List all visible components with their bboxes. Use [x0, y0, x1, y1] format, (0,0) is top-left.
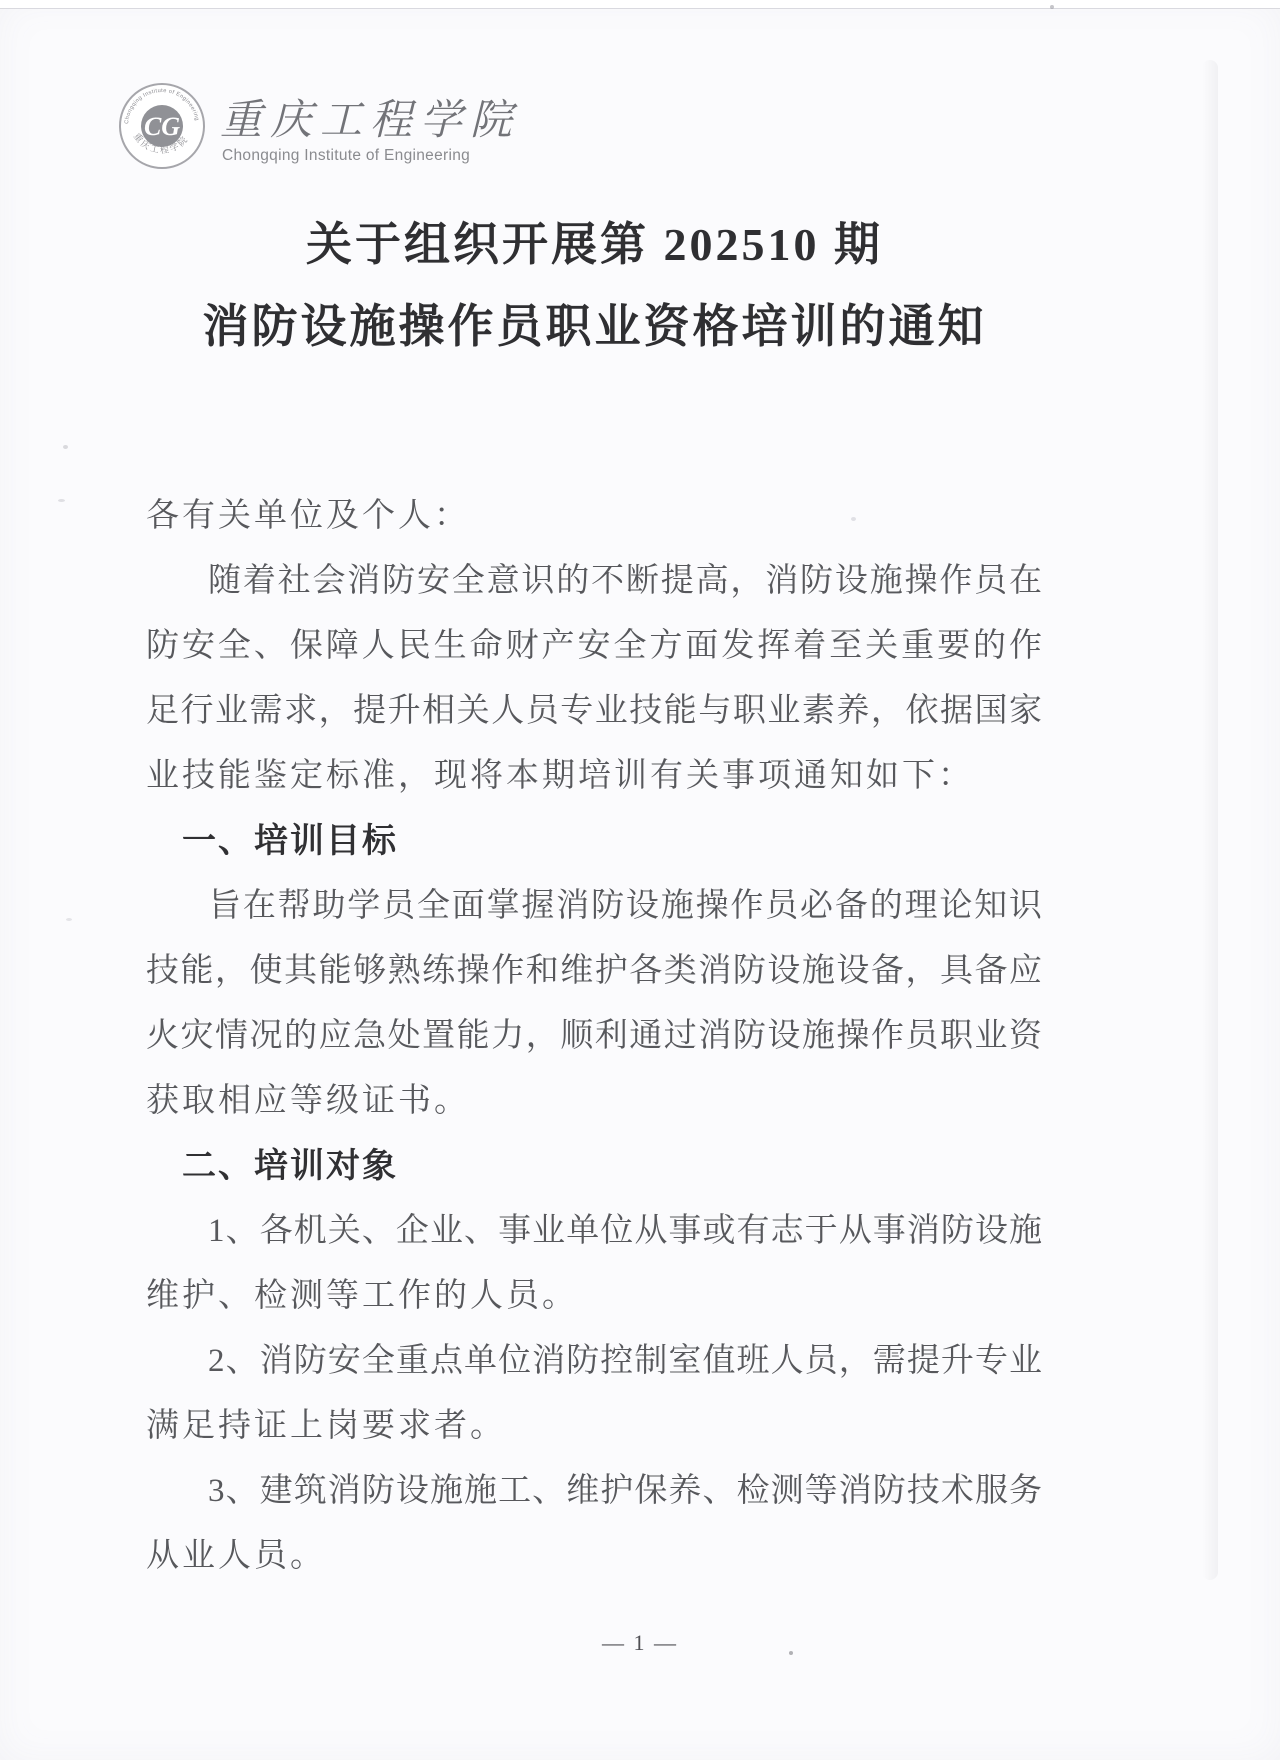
trainee-item-line: 维护、检测等工作的人员。	[146, 1264, 1043, 1329]
institution-name-en: Chongqing Institute of Engineering	[222, 147, 470, 164]
trainee-item-line: 3、建筑消防设施施工、维护保养、检测等消防技术服务机构的	[146, 1459, 1043, 1524]
scan-artifact	[63, 445, 68, 449]
scan-artifact	[1050, 5, 1054, 9]
intro-line: 防安全、保障人民生命财产安全方面发挥着至关重要的作用。为满	[146, 614, 1043, 679]
section1-line: 技能，使其能够熟练操作和维护各类消防设施设备，具备应对突发	[146, 939, 1043, 1004]
scan-artifact	[58, 499, 65, 502]
trainee-item-line: 满足持证上岗要求者。	[146, 1394, 1043, 1459]
intro-line: 足行业需求，提升相关人员专业技能与职业素养，依据国家消防职	[146, 679, 1043, 744]
institution-logo: Chongqing Institute of Engineering 重庆工程学…	[116, 78, 576, 174]
document-title: 关于组织开展第 202510 期 消防设施操作员职业资格培训的通知	[146, 204, 1043, 368]
scan-edge-line	[0, 8, 1280, 9]
salutation: 各有关单位及个人：	[146, 484, 1043, 549]
scan-artifact	[851, 517, 856, 521]
document-body: 各有关单位及个人： 随着社会消防安全意识的不断提高，消防设施操作员在维护消 防安…	[146, 484, 1043, 1589]
intro-line: 随着社会消防安全意识的不断提高，消防设施操作员在维护消	[146, 549, 1043, 614]
scan-artifact	[789, 1651, 793, 1655]
section1-line: 旨在帮助学员全面掌握消防设施操作员必备的理论知识与实操	[146, 874, 1043, 939]
logo-graphic: Chongqing Institute of Engineering 重庆工程学…	[116, 78, 576, 174]
section2-heading: 二、培训对象	[146, 1134, 1043, 1199]
section1-line: 火灾情况的应急处置能力，顺利通过消防设施操作员职业资格考试，	[146, 1004, 1043, 1069]
seal-monogram: CG	[144, 112, 180, 141]
title-line-2: 消防设施操作员职业资格培训的通知	[146, 286, 1043, 368]
document-page: Chongqing Institute of Engineering 重庆工程学…	[0, 0, 1280, 1760]
scan-artifact	[66, 918, 72, 921]
institution-name-zh: 重庆工程学院	[220, 95, 520, 144]
section1-heading: 一、培训目标	[146, 809, 1043, 874]
trainee-item-line: 从业人员。	[146, 1524, 1043, 1589]
scan-shading	[1202, 60, 1218, 1580]
trainee-item-line: 1、各机关、企业、事业单位从事或有志于从事消防设施操作、	[146, 1199, 1043, 1264]
scan-top-strip	[0, 0, 1280, 8]
intro-line: 业技能鉴定标准，现将本期培训有关事项通知如下：	[146, 744, 1043, 809]
trainee-item-line: 2、消防安全重点单位消防控制室值班人员，需提升专业技能、	[146, 1329, 1043, 1394]
title-line-1: 关于组织开展第 202510 期	[146, 204, 1043, 286]
section1-line: 获取相应等级证书。	[146, 1069, 1043, 1134]
page-number: — 1 —	[0, 1630, 1280, 1656]
seal-emblem-icon: Chongqing Institute of Engineering 重庆工程学…	[120, 84, 204, 168]
